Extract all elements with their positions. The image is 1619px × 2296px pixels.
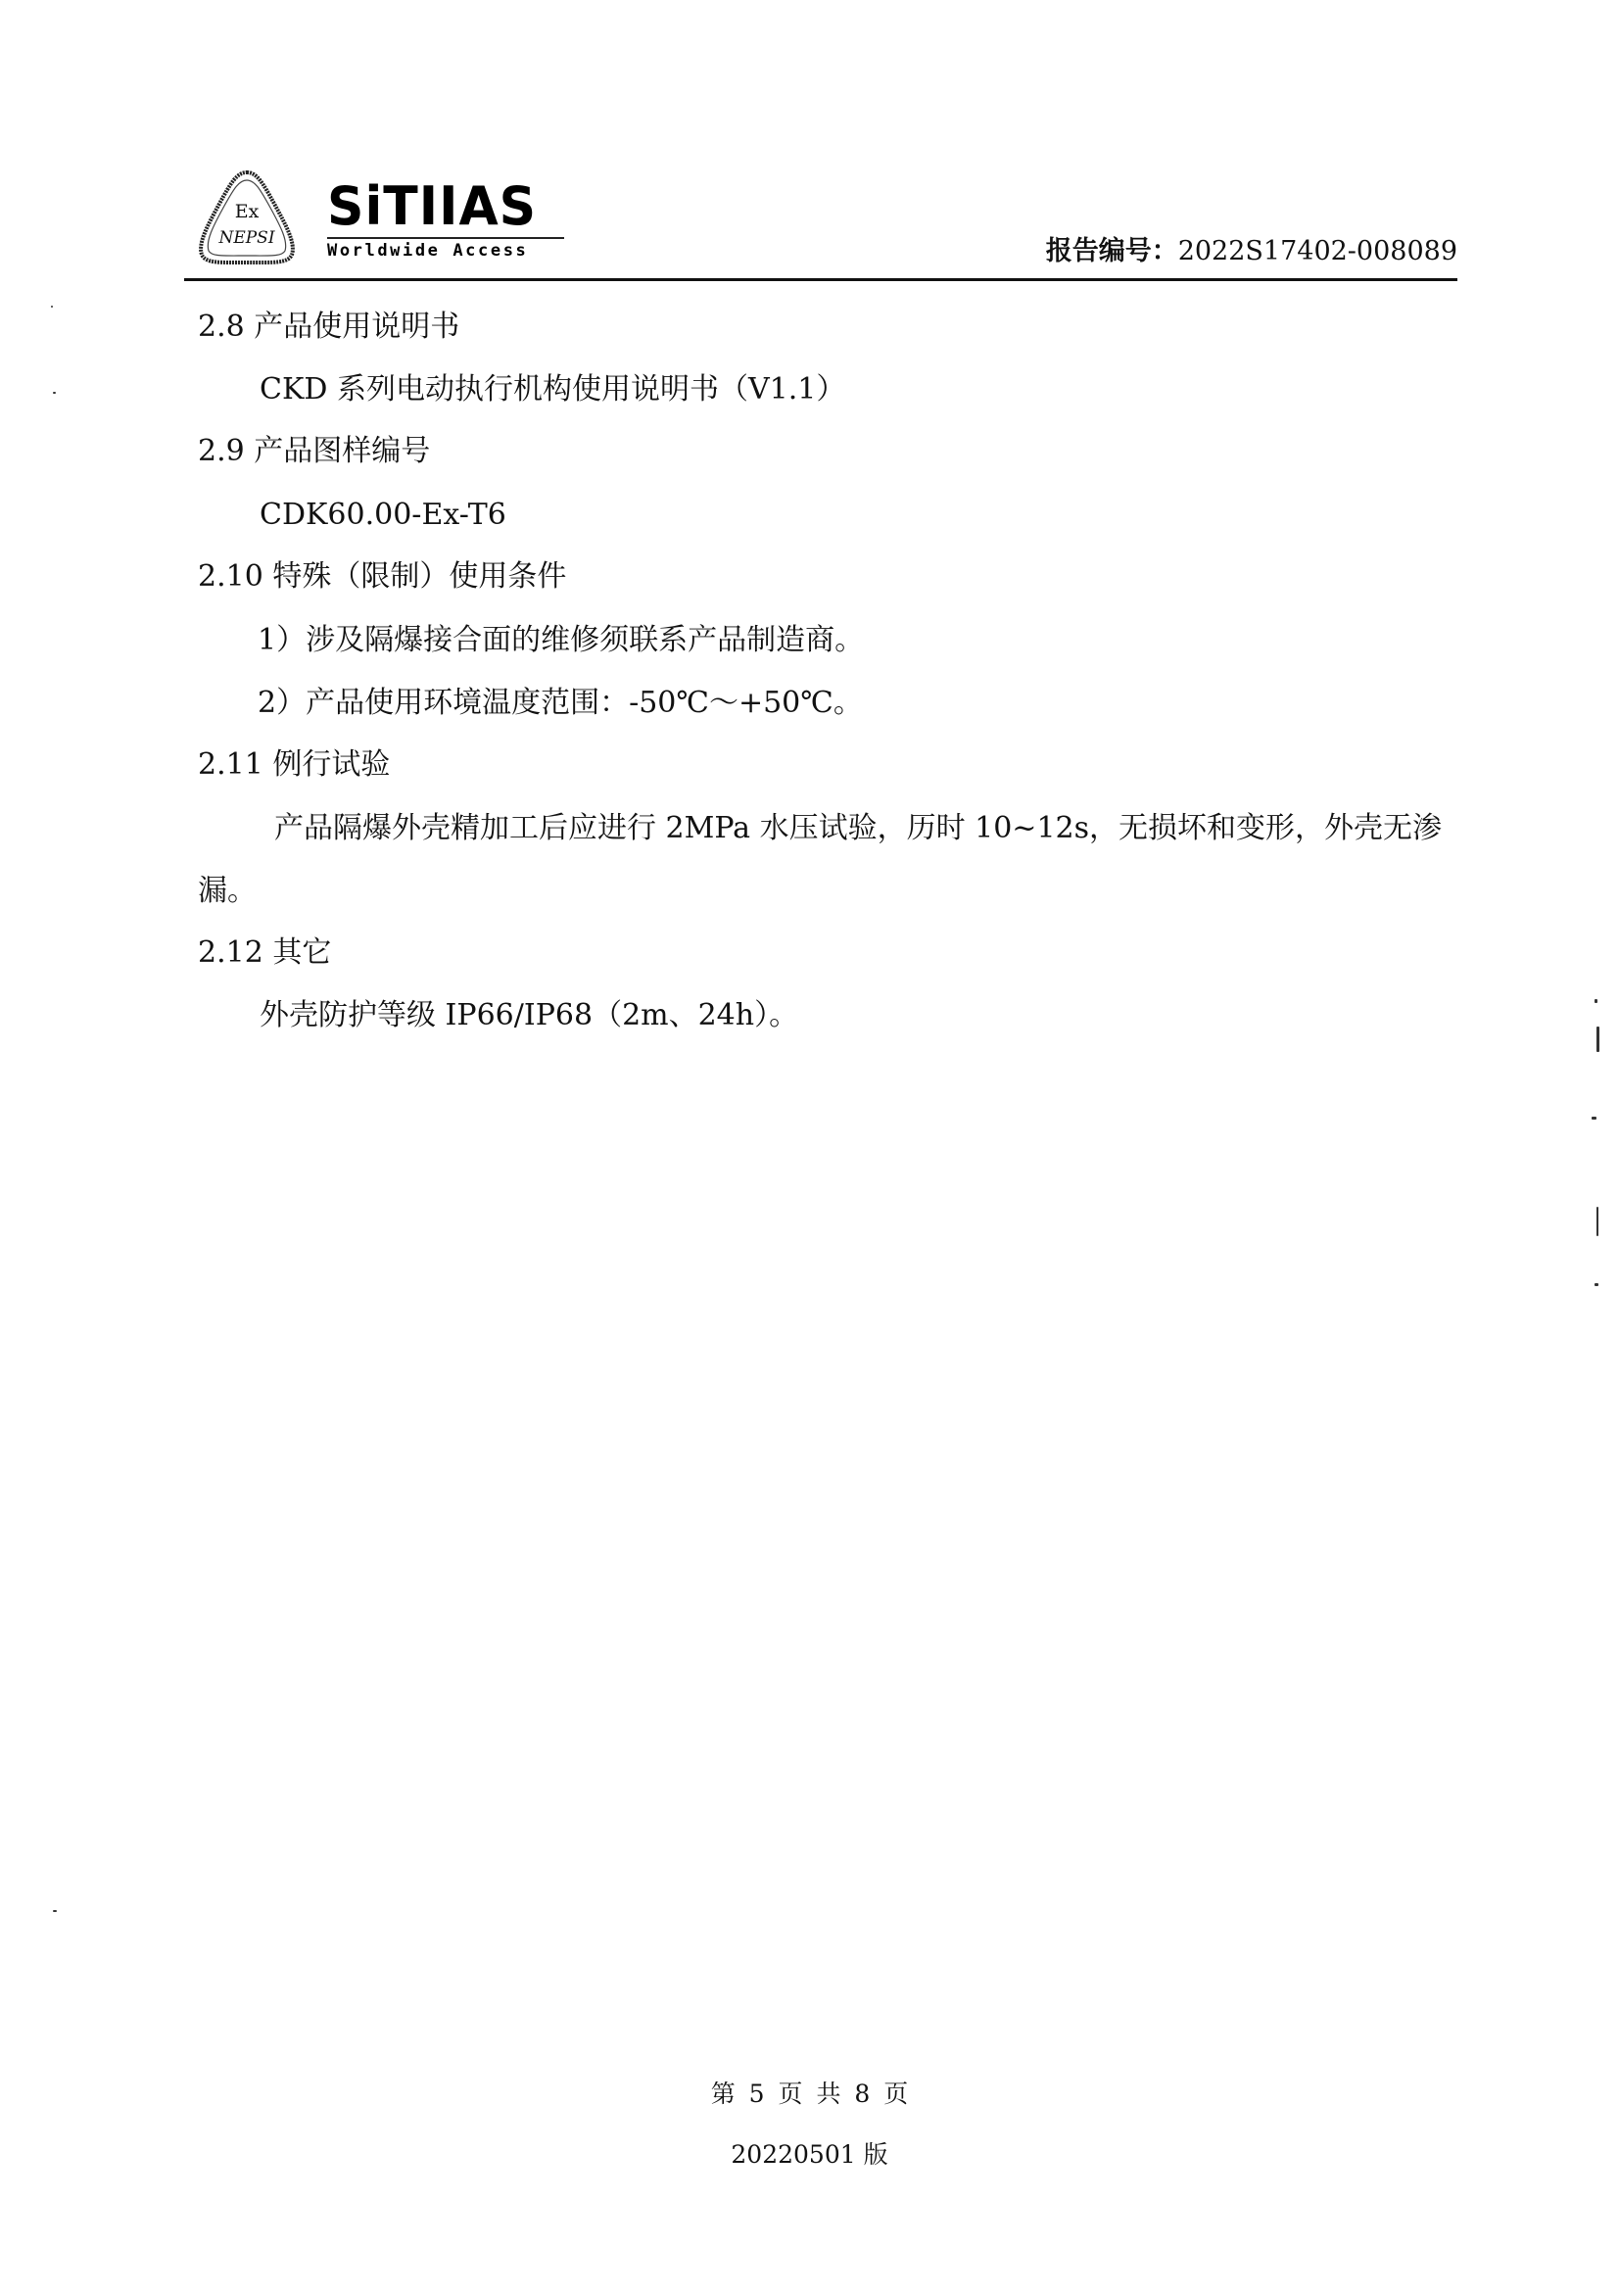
section-heading-2-8: 2.8 产品使用说明书: [198, 310, 459, 345]
ip-rating: 外壳防护等级 IP66/IP68（2m、24h）。: [260, 998, 798, 1033]
scan-artifact: [1596, 1207, 1598, 1236]
manual-title: CKD 系列电动执行机构使用说明书（V1.1）: [260, 372, 845, 407]
sitiias-logo: SiTIIAS Worldwide Access: [327, 178, 567, 263]
section-heading-2-9: 2.9 产品图样编号: [198, 434, 430, 469]
svg-text:Ex: Ex: [235, 201, 260, 222]
scan-artifact: [53, 392, 56, 394]
condition-item-1: 1）涉及隔爆接合面的维修须联系产品制造商。: [258, 623, 864, 658]
report-number-label: 报告编号：: [1046, 236, 1178, 266]
brand-underline: [327, 237, 564, 239]
scan-artifact: [51, 306, 53, 308]
scan-artifact: [53, 1910, 57, 1912]
condition-item-2: 2）产品使用环境温度范围：-50℃～+50℃。: [258, 686, 863, 721]
brand-name: SiTIIAS: [327, 178, 567, 236]
scan-artifact: [1592, 1117, 1596, 1120]
scan-artifact: [1595, 1283, 1598, 1286]
routine-test-paragraph: 产品隔爆外壳精加工后应进行 2MPa 水压试验，历时 10~12s，无损坏和变形…: [198, 797, 1461, 923]
nepsi-ex-badge-logo: Ex NEPSI: [196, 168, 299, 266]
version-label: 20220501 版: [0, 2135, 1619, 2171]
report-number-value: 2022S17402-008089: [1178, 236, 1457, 266]
section-heading-2-12: 2.12 其它: [198, 935, 331, 971]
scan-artifact: [1595, 999, 1597, 1003]
brand-tagline: Worldwide Access: [327, 241, 567, 261]
report-number: 报告编号：2022S17402-008089: [1046, 229, 1457, 267]
scan-artifact: [1596, 1027, 1599, 1052]
page-indicator: 第 5 页 共 8 页: [0, 2075, 1619, 2110]
svg-text:NEPSI: NEPSI: [217, 228, 274, 248]
section-heading-2-11: 2.11 例行试验: [198, 747, 390, 783]
header-divider: [184, 278, 1457, 281]
section-heading-2-10: 2.10 特殊（限制）使用条件: [198, 559, 566, 595]
ex-triangle-icon: Ex NEPSI: [196, 168, 299, 266]
drawing-number: CDK60.00-Ex-T6: [260, 498, 506, 533]
